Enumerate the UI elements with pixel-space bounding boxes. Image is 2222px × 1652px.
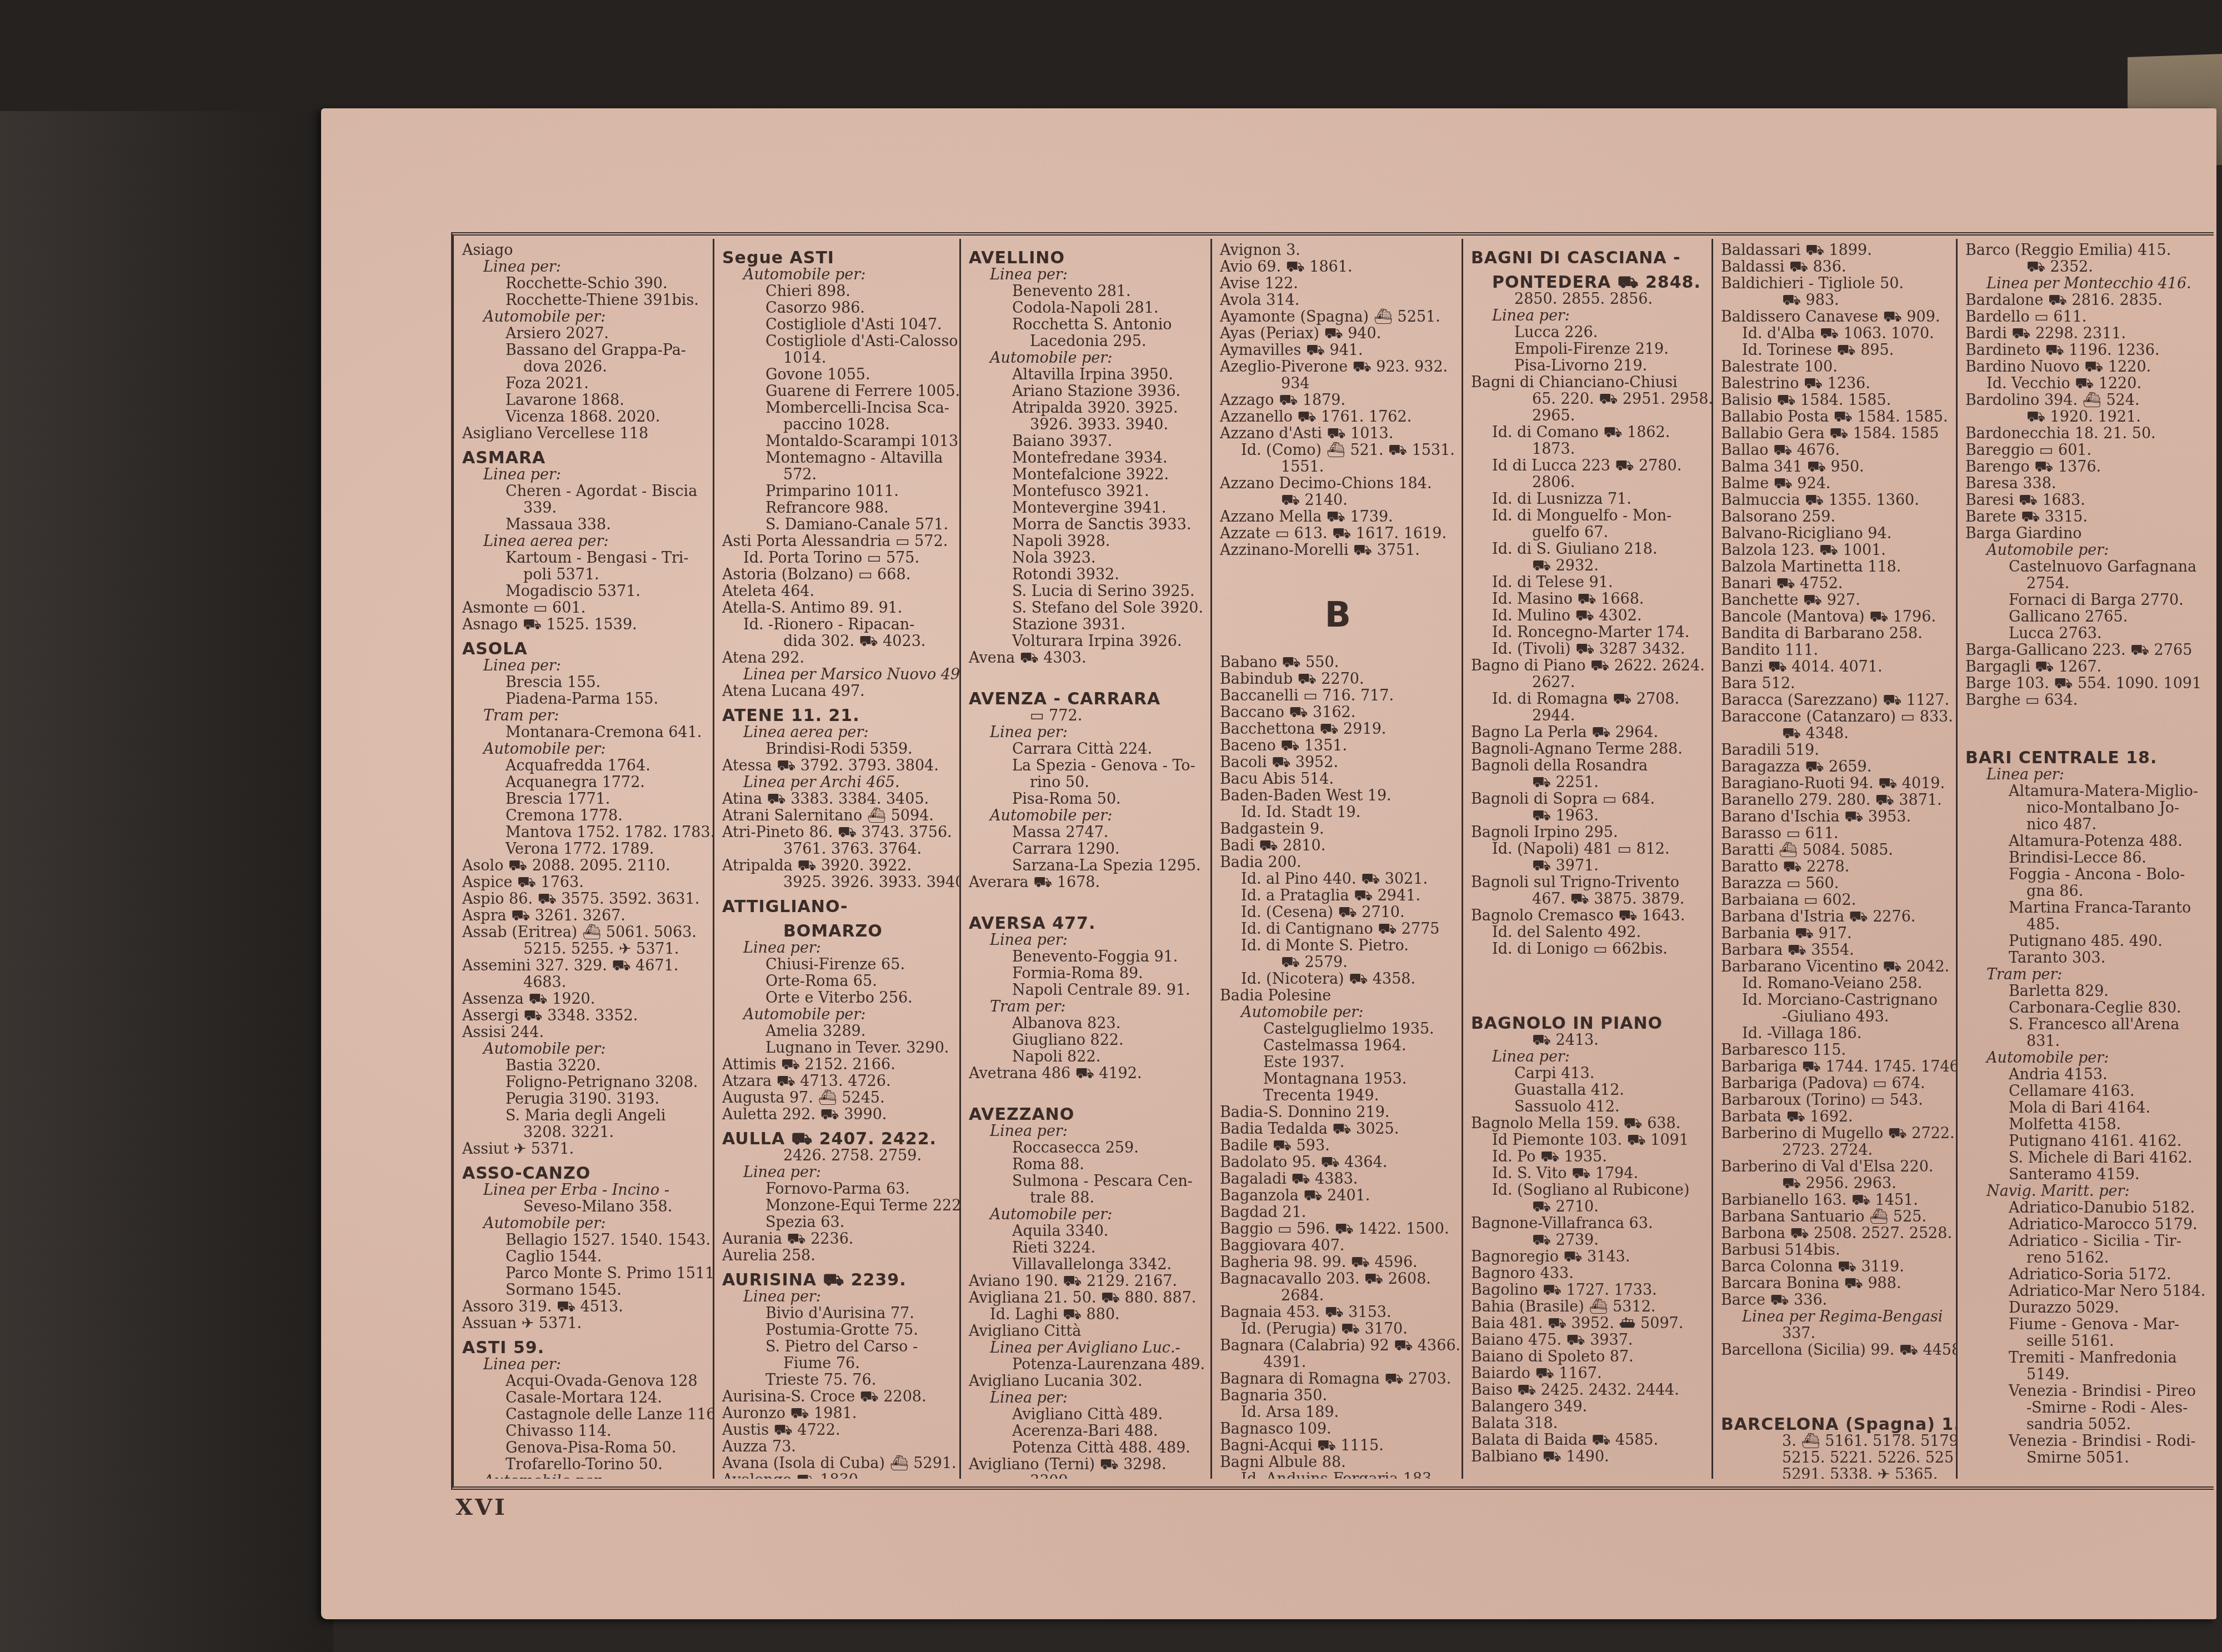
- page-number: XVI: [456, 1494, 507, 1520]
- index-column-6: Baldassari ⛟ 1899.Baldassi ⛟ 836.Baldich…: [1713, 239, 1958, 1479]
- index-entry: Cremona 1778.: [462, 808, 707, 824]
- index-entry: Id. (Napoli) 481 ▭ 812.: [1471, 841, 1706, 858]
- index-entry: Avignon 3.: [1220, 242, 1456, 259]
- index-entry: Smirne 5051.: [1965, 1450, 2208, 1466]
- index-entry: Id. a Prataglia ⛟ 2941.: [1220, 888, 1456, 904]
- index-entry: Id. (Como) ⛴ 521. ⛟ 1531.: [1220, 442, 1456, 459]
- index-entry: Bardonecchia 18. 21. 50.: [1965, 425, 2208, 442]
- index-entry: Linea per:: [462, 658, 707, 674]
- index-entry: 2684.: [1220, 1288, 1456, 1304]
- index-entry: Barbana d'Istria ⛟ 2276.: [1721, 909, 1950, 925]
- index-entry: Baresa 338.: [1965, 475, 2208, 492]
- index-entry: Linea per:: [969, 724, 1205, 741]
- index-entry: Aspra ⛟ 3261. 3267.: [462, 908, 707, 924]
- index-entry: La Spezia - Genova - To-: [969, 758, 1205, 774]
- index-entry: Azzanello ⛟ 1761. 1762.: [1220, 409, 1456, 425]
- index-entry: Automobile per:: [722, 1007, 954, 1023]
- index-entry: 5215. 5255. ✈ 5371.: [462, 941, 707, 958]
- index-entry: Bagnasco 109.: [1220, 1421, 1456, 1438]
- index-entry: 3208. 3221.: [462, 1124, 707, 1141]
- index-entry: Potenza Città 488. 489.: [969, 1440, 1205, 1456]
- index-entry: [1965, 709, 2208, 725]
- index-entry: Barce ⛟ 336.: [1721, 1292, 1950, 1309]
- index-entry: Baccanelli ▭ 716. 717.: [1220, 688, 1456, 704]
- index-entry: Montevergine 3941.: [969, 500, 1205, 517]
- index-entry: Baldassari ⛟ 1899.: [1721, 242, 1950, 259]
- index-entry: Bardello ▭ 611.: [1965, 309, 2208, 326]
- index-entry: Bagnaria 350.: [1220, 1388, 1456, 1404]
- index-entry: Montaldo-Scarampi 1013.: [722, 433, 954, 450]
- index-entry: Badile ⛟ 593.: [1220, 1138, 1456, 1154]
- index-entry: Azzate ▭ 613. ⛟ 1617. 1619.: [1220, 525, 1456, 542]
- index-entry: Bareggio ▭ 601.: [1965, 442, 2208, 459]
- index-entry: Avola 314.: [1220, 292, 1456, 309]
- index-entry: Id. (Cesena) ⛟ 2710.: [1220, 904, 1456, 921]
- index-entry: Linea per:: [1471, 1049, 1706, 1065]
- index-entry: Id. (Perugia) ⛟ 3170.: [1220, 1321, 1456, 1338]
- index-entry: Astoria (Bolzano) ▭ 668.: [722, 567, 954, 583]
- index-entry: Brescia 155.: [462, 674, 707, 691]
- index-entry: Roccasecca 259.: [969, 1140, 1205, 1157]
- index-entry: Adriatico-Mar Nero 5184.: [1965, 1283, 2208, 1300]
- index-entry: Carbonara-Ceglie 830.: [1965, 1000, 2208, 1017]
- index-entry: Foligno-Petrignano 3208.: [462, 1074, 707, 1091]
- index-entry: Bandito 111.: [1721, 642, 1950, 659]
- index-entry: Ayamonte (Spagna) ⛴ 5251.: [1220, 309, 1456, 326]
- index-entry: Costigliole d'Asti 1047.: [722, 317, 954, 333]
- index-entry: Banzi ⛟ 4014. 4071.: [1721, 659, 1950, 675]
- index-entry: Linea per Archi 465.: [722, 774, 954, 791]
- index-entry: Asiago: [462, 242, 707, 259]
- index-entry: Id. di Monte S. Pietro.: [1220, 938, 1456, 954]
- index-entry: Id. d'Alba ⛟ 1063. 1070.: [1721, 326, 1950, 342]
- index-entry: Id. (Sogliano al Rubicone): [1471, 1182, 1706, 1199]
- index-entry: Bagnoregio ⛟ 3143.: [1471, 1249, 1706, 1265]
- index-entry: S. Michele di Bari 4162.: [1965, 1150, 2208, 1167]
- index-entry: seille 5161.: [1965, 1333, 2208, 1350]
- index-entry: [1471, 958, 1706, 974]
- index-entry: Parco Monte S. Primo 1511.: [462, 1265, 707, 1282]
- index-entry: Barletta 829.: [1965, 983, 2208, 1000]
- index-entry: Acquafredda 1764.: [462, 758, 707, 774]
- index-entry: Sulmona - Pescara Cen-: [969, 1173, 1205, 1190]
- index-entry: Barazza ▭ 560.: [1721, 875, 1950, 892]
- index-entry: Ayas (Periax) ⛟ 940.: [1220, 326, 1456, 342]
- index-entry: ⛟ 2251.: [1471, 774, 1706, 791]
- section-heading: ASMARA: [462, 450, 707, 467]
- index-entry: Bagni Albule 88.: [1220, 1454, 1456, 1471]
- index-entry: Tram per:: [462, 708, 707, 724]
- index-entry: Badia Tedalda ⛟ 3025.: [1220, 1121, 1456, 1138]
- index-entry: Montefalcione 3922.: [969, 467, 1205, 483]
- index-entry: Vicenza 1868. 2020.: [462, 409, 707, 425]
- index-entry: Balata 318.: [1471, 1415, 1706, 1432]
- index-entry: gna 86.: [1965, 883, 2208, 900]
- index-entry: Bancole (Mantova) ⛟ 1796.: [1721, 609, 1950, 625]
- index-entry: Id. di Lusnizza 71.: [1471, 491, 1706, 508]
- index-entry: Baiardo ⛟ 1167.: [1471, 1365, 1706, 1382]
- index-entry: Kartoum - Bengasi - Tri-: [462, 550, 707, 567]
- index-entry: Castagnole delle Lanze 116: [462, 1406, 707, 1423]
- index-entry: Navig. Maritt. per:: [1965, 1183, 2208, 1200]
- index-entry: Id. Porta Torino ▭ 575.: [722, 550, 954, 567]
- index-entry: Amelia 3289.: [722, 1023, 954, 1040]
- index-entry: Formia-Roma 89.: [969, 965, 1205, 982]
- index-entry: Barcara Bonina ⛟ 988.: [1721, 1275, 1950, 1292]
- index-entry: Bagnolo Mella 159. ⛟ 638.: [1471, 1115, 1706, 1132]
- index-entry: Baranello 279. 280. ⛟ 3871.: [1721, 792, 1950, 809]
- index-entry: Adriatico-Soria 5172.: [1965, 1266, 2208, 1283]
- index-entry: Ballabio Gera ⛟ 1584. 1585: [1721, 425, 1950, 442]
- index-entry: Bellagio 1527. 1540. 1543.: [462, 1232, 707, 1249]
- index-entry: Santeramo 4159.: [1965, 1167, 2208, 1183]
- index-entry: 2723. 2724.: [1721, 1142, 1950, 1159]
- index-entry: Barbarano Vicentino ⛟ 2042.: [1721, 959, 1950, 975]
- index-entry: Avigliano (Terni) ⛟ 3298.: [969, 1456, 1205, 1473]
- index-entry: Baragiano-Ruoti 94. ⛟ 4019.: [1721, 775, 1950, 792]
- index-entry: Atena 292.: [722, 650, 954, 667]
- section-heading: Segue ASTI: [722, 250, 954, 267]
- index-entry: Id. Laghi ⛟ 880.: [969, 1306, 1205, 1323]
- index-entry: Id Piemonte 103. ⛟ 1091: [1471, 1132, 1706, 1149]
- index-entry: Linea per:: [462, 259, 707, 276]
- index-entry: Asnago ⛟ 1525. 1539.: [462, 617, 707, 633]
- index-entry: Empoli-Firenze 219.: [1471, 341, 1706, 358]
- index-entry: Babindub ⛟ 2270.: [1220, 671, 1456, 688]
- index-entry: Auletta 292. ⛟ 3990.: [722, 1107, 954, 1123]
- index-entry: Id. di Cantignano ⛟ 2775: [1220, 921, 1456, 938]
- index-entry: 1014.: [722, 350, 954, 367]
- index-entry: Id. Anduins-Forgaria 183.: [1220, 1471, 1456, 1479]
- index-entry: Bagni-Acqui ⛟ 1115.: [1220, 1438, 1456, 1454]
- index-entry: Guastalla 412.: [1471, 1082, 1706, 1099]
- index-entry: Bagnoli-Agnano Terme 288.: [1471, 741, 1706, 758]
- index-entry: Mola di Bari 4164.: [1965, 1100, 2208, 1117]
- index-entry: Bagno La Perla ⛟ 2964.: [1471, 724, 1706, 741]
- index-entry: Assergi ⛟ 3348. 3352.: [462, 1008, 707, 1024]
- index-entry: Refrancore 988.: [722, 500, 954, 517]
- index-entry: Id. Morciano-Castrignano: [1721, 992, 1950, 1009]
- section-heading: BARI CENTRALE 18.: [1965, 750, 2208, 767]
- desk-background: [0, 0, 333, 1652]
- index-entry: S. Francesco all'Arena: [1965, 1017, 2208, 1033]
- index-entry: 65. 220. ⛟ 2951. 2958.: [1471, 391, 1706, 408]
- index-entry: 2965.: [1471, 408, 1706, 424]
- index-entry: Bacoli ⛟ 3952.: [1220, 754, 1456, 771]
- index-entry: Barga Giardino: [1965, 525, 2208, 542]
- index-entry: 2754.: [1965, 575, 2208, 592]
- index-entry: Atri-Pineto 86. ⛟ 3743. 3756.: [722, 824, 954, 841]
- index-entry: Bagnolo Cremasco ⛟ 1643.: [1471, 908, 1706, 924]
- index-entry: Linea per:: [462, 1356, 707, 1373]
- index-entry: ⛟ 3971.: [1471, 858, 1706, 874]
- index-entry: Trofarello-Torino 50.: [462, 1456, 707, 1473]
- index-entry: Avana (Isola di Cuba) ⛴ 5291.: [722, 1455, 954, 1472]
- index-entry: Azzinano-Morelli ⛟ 3751.: [1220, 542, 1456, 559]
- index-entry: Acquanegra 1772.: [462, 774, 707, 791]
- index-entry: Assoro 319. ⛟ 4513.: [462, 1299, 707, 1315]
- index-entry: Castelmassa 1964.: [1220, 1038, 1456, 1054]
- index-entry: Stazione 3931.: [969, 617, 1205, 633]
- index-entry: Badgastein 9.: [1220, 821, 1456, 838]
- index-entry: Atena Lucana 497.: [722, 683, 954, 700]
- index-entry: ⛟ 2579.: [1220, 954, 1456, 971]
- index-entry: Atrani Salernitano ⛴ 5094.: [722, 808, 954, 824]
- index-entry: Primparino 1011.: [722, 483, 954, 500]
- index-entry: 5149.: [1965, 1366, 2208, 1383]
- index-entry: Cheren - Agordat - Biscia: [462, 483, 707, 500]
- index-entry: Chieri 898.: [722, 283, 954, 300]
- index-entry: Mombercelli-Incisa Sca-: [722, 400, 954, 417]
- index-entry: ⛟ 2956. 2963.: [1721, 1175, 1950, 1192]
- index-entry: Carrara 1290.: [969, 841, 1205, 858]
- index-entry: Carrara Città 224.: [969, 741, 1205, 758]
- index-entry: Casale-Mortara 124.: [462, 1390, 707, 1406]
- index-entry: Balbiano ⛟ 1490.: [1471, 1449, 1706, 1465]
- index-entry: Barbusi 514bis.: [1721, 1242, 1950, 1259]
- index-entry: Montagnana 1953.: [1220, 1071, 1456, 1088]
- index-entry: Fiume 76.: [722, 1355, 954, 1372]
- section-heading: PONTEDERA ⛟ 2848.: [1471, 274, 1706, 291]
- index-entry: Bara 512.: [1721, 675, 1950, 692]
- section-heading: ATENE 11. 21.: [722, 708, 954, 724]
- index-entry: Taranto 303.: [1965, 950, 2208, 967]
- index-entry: Barbaroux (Torino) ▭ 543.: [1721, 1092, 1950, 1109]
- index-entry: Id. Id. Stadt 19.: [1220, 804, 1456, 821]
- index-entry: Automobile per:: [462, 1041, 707, 1058]
- index-entry: Benevento-Foggia 91.: [969, 949, 1205, 965]
- index-entry: 3. ⛴ 5161. 5178. 5179.: [1721, 1433, 1950, 1450]
- index-entry: Barbariga (Padova) ▭ 674.: [1721, 1075, 1950, 1092]
- index-entry: Balata di Baida ⛟ 4585.: [1471, 1432, 1706, 1449]
- index-entry: 3761. 3763. 3764.: [722, 841, 954, 858]
- index-entry: Barete ⛟ 3315.: [1965, 509, 2208, 525]
- index-entry: Napoli 3928.: [969, 533, 1205, 550]
- index-entry: Foggia - Ancona - Bolo-: [1965, 867, 2208, 883]
- index-entry: Banari ⛟ 4752.: [1721, 575, 1950, 592]
- index-entry: Fiume - Genova - Mar-: [1965, 1316, 2208, 1333]
- index-entry: Cellamare 4163.: [1965, 1083, 2208, 1100]
- index-entry: Bagnoro 433.: [1471, 1265, 1706, 1282]
- index-entry: -Giuliano 493.: [1721, 1009, 1950, 1025]
- index-entry: Id. di Comano ⛟ 1862.: [1471, 424, 1706, 441]
- index-entry: Monzone-Equi Terme 222: [722, 1198, 954, 1214]
- index-entry: Sormano 1545.: [462, 1282, 707, 1299]
- index-entry: Venezia - Brindisi - Pireo: [1965, 1383, 2208, 1400]
- index-entry: Orte e Viterbo 256.: [722, 990, 954, 1007]
- index-entry: Altavilla Irpina 3950.: [969, 367, 1205, 383]
- section-heading: AVELLINO: [969, 250, 1205, 267]
- index-entry: Bagaladi ⛟ 4383.: [1220, 1171, 1456, 1188]
- index-entry: Asigliano Vercellese 118: [462, 425, 707, 442]
- section-heading: AVEZZANO: [969, 1107, 1205, 1123]
- index-entry: Id. Torinese ⛟ 895.: [1721, 342, 1950, 359]
- section-heading: BAGNI DI CASCIANA -: [1471, 250, 1706, 267]
- index-entry: Aspice ⛟ 1763.: [462, 874, 707, 891]
- desk-background-top: [0, 0, 2222, 111]
- index-entry: ⛟ 2739.: [1471, 1232, 1706, 1249]
- index-entry: Lucca 226.: [1471, 324, 1706, 341]
- index-entry: Id. Roncegno-Marter 174.: [1471, 624, 1706, 641]
- index-entry: Baccano ⛟ 3162.: [1220, 704, 1456, 721]
- index-entry: Linea per:: [722, 1289, 954, 1305]
- index-entry: Morra de Sanctis 3933.: [969, 517, 1205, 533]
- index-entry: ⛟ 2352.: [1965, 259, 2208, 276]
- index-entry: [1471, 974, 1706, 991]
- index-entry: [969, 667, 1205, 683]
- index-entry: Azzano Decimo-Chions 184.: [1220, 475, 1456, 492]
- index-entry: Barca Colonna ⛟ 3119.: [1721, 1259, 1950, 1275]
- index-entry: Auzza 73.: [722, 1439, 954, 1455]
- index-entry: Potenza-Laurenzana 489.: [969, 1356, 1205, 1373]
- index-entry: Barano d'Ischia ⛟ 3953.: [1721, 809, 1950, 825]
- index-entry: Codola-Napoli 281.: [969, 300, 1205, 317]
- index-entry: Automobile per:: [969, 350, 1205, 367]
- index-entry: Giugliano 822.: [969, 1032, 1205, 1049]
- index-entry: Avigliano Città: [969, 1323, 1205, 1340]
- index-entry: Acqui-Ovada-Genova 128: [462, 1373, 707, 1390]
- index-entry: 3309.: [969, 1473, 1205, 1479]
- index-entry: Bacu Abis 514.: [1220, 771, 1456, 788]
- index-entry: Assab (Eritrea) ⛴ 5061. 5063.: [462, 924, 707, 941]
- index-entry: Auronzo ⛟ 1981.: [722, 1405, 954, 1422]
- index-entry: Bagheria 98. 99. ⛟ 4596.: [1220, 1254, 1456, 1271]
- index-entry: Bardolino 394. ⛴ 524.: [1965, 392, 2208, 409]
- index-entry: Barco (Reggio Emilia) 415.: [1965, 242, 2208, 259]
- index-entry: Asti Porta Alessandria ▭ 572.: [722, 533, 954, 550]
- index-entry: Volturara Irpina 3926.: [969, 633, 1205, 650]
- index-entry: Id. Mulino ⛟ 4302.: [1471, 608, 1706, 624]
- index-entry: Bardino Nuovo ⛟ 1220.: [1965, 359, 2208, 376]
- index-entry: [1721, 1392, 1950, 1409]
- index-entry: Barcellona (Sicilia) 99. ⛟ 4458.: [1721, 1342, 1950, 1359]
- index-entry: Trecenta 1949.: [1220, 1088, 1456, 1104]
- index-entry: Aspio 86. ⛟ 3575. 3592. 3631.: [462, 891, 707, 908]
- index-entry: Barbaiana ▭ 602.: [1721, 892, 1950, 909]
- index-entry: Este 1937.: [1220, 1054, 1456, 1071]
- index-entry: Id. di Lonigo ▭ 662bis.: [1471, 941, 1706, 958]
- index-entry: Linea per Erba - Incino -: [462, 1182, 707, 1199]
- index-entry: Martina Franca-Taranto: [1965, 900, 2208, 917]
- index-entry: Castelguglielmo 1935.: [1220, 1021, 1456, 1038]
- index-entry: Putignano 4161. 4162.: [1965, 1133, 2208, 1150]
- index-entry: Avigliano Lucania 302.: [969, 1373, 1205, 1390]
- section-heading: ATTIGLIANO-: [722, 899, 954, 915]
- index-entry: reno 5162.: [1965, 1250, 2208, 1266]
- index-entry: [1721, 1359, 1950, 1375]
- index-entry: Brindisi-Lecce 86.: [1965, 850, 2208, 867]
- index-entry: 1873.: [1471, 441, 1706, 458]
- index-entry: Baia 481. ⛟ 3952. ⛴ 5097.: [1471, 1315, 1706, 1332]
- index-entry: Avetrana 486 ⛟ 4192.: [969, 1065, 1205, 1082]
- index-entry: Bassano del Grappa-Pa-: [462, 342, 707, 359]
- index-entry: Linea per Regima-Bengasi: [1721, 1309, 1950, 1325]
- index-entry: Bivio d'Aurisina 77.: [722, 1305, 954, 1322]
- index-entry: Atella-S. Antimo 89. 91.: [722, 600, 954, 617]
- index-entry: Massaua 338.: [462, 517, 707, 533]
- index-entry: 3925. 3926. 3933. 3940.: [722, 874, 954, 891]
- index-entry: Assuan ✈ 5371.: [462, 1315, 707, 1332]
- index-entry: sandria 5052.: [1965, 1416, 2208, 1433]
- index-entry: Acerenza-Bari 488.: [969, 1423, 1205, 1440]
- index-entry: Barghe ▭ 634.: [1965, 692, 2208, 709]
- index-entry: 1551.: [1220, 459, 1456, 475]
- index-entry: ▭ 772.: [969, 708, 1205, 724]
- index-entry: 2627.: [1471, 674, 1706, 691]
- index-entry: Bagno di Piano ⛟ 2622. 2624.: [1471, 658, 1706, 674]
- index-column-4: Avignon 3.Avio 69. ⛟ 1861.Avise 122.Avol…: [1212, 239, 1463, 1479]
- index-entry: Bagnacavallo 203. ⛟ 2608.: [1220, 1271, 1456, 1288]
- index-entry: Id. Romano-Veiano 258.: [1721, 975, 1950, 992]
- index-entry: Fornovo-Parma 63.: [722, 1181, 954, 1198]
- index-entry: Barengo ⛟ 1376.: [1965, 459, 2208, 475]
- index-entry: Avelengo ⛟ 1830.: [722, 1472, 954, 1479]
- index-entry: Arsiero 2027.: [462, 326, 707, 342]
- index-entry: Barbianello 163. ⛟ 1451.: [1721, 1192, 1950, 1209]
- index-entry: Albanova 823.: [969, 1015, 1205, 1032]
- index-entry: Id di Lucca 223 ⛟ 2780.: [1471, 458, 1706, 474]
- index-entry: Baldissero Canavese ⛟ 909.: [1721, 309, 1950, 326]
- index-entry: Rieti 3224.: [969, 1240, 1205, 1256]
- index-entry: dida 302. ⛟ 4023.: [722, 633, 954, 650]
- index-entry: [969, 891, 1205, 908]
- index-entry: Automobile per:: [462, 741, 707, 758]
- index-entry: Aurelia 258.: [722, 1248, 954, 1264]
- index-entry: Napoli 822.: [969, 1049, 1205, 1065]
- section-heading: ASSO-CANZO: [462, 1165, 707, 1182]
- index-entry: Linea per:: [462, 467, 707, 483]
- index-entry: Baggio ▭ 596. ⛟ 1422. 1500.: [1220, 1221, 1456, 1238]
- index-entry: Badia 200.: [1220, 854, 1456, 871]
- index-entry: Linea aerea per:: [722, 724, 954, 741]
- index-entry: ⛟ 2413.: [1471, 1032, 1706, 1049]
- index-entry: Badia-S. Donnino 219.: [1220, 1104, 1456, 1121]
- index-entry: Verona 1772. 1789.: [462, 841, 707, 858]
- index-entry: ⛟ 2932.: [1471, 558, 1706, 574]
- index-entry: Id. -Villaga 186.: [1721, 1025, 1950, 1042]
- index-entry: Roma 88.: [969, 1157, 1205, 1173]
- index-entry: Putignano 485. 490.: [1965, 933, 2208, 950]
- index-entry: Baganzola ⛟ 2401.: [1220, 1188, 1456, 1204]
- section-letter: B: [1220, 598, 1456, 632]
- index-entry: Bastia 3220.: [462, 1058, 707, 1074]
- section-heading: BARCELONA (Spagna) 1.: [1721, 1416, 1950, 1433]
- index-entry: 2806.: [1471, 474, 1706, 491]
- index-entry: Trieste 75. 76.: [722, 1372, 954, 1389]
- index-entry: Linea per:: [722, 940, 954, 957]
- index-entry: S. Damiano-Canale 571.: [722, 517, 954, 533]
- index-entry: 5291. 5338. ✈ 5365.: [1721, 1466, 1950, 1479]
- index-entry: Barbana Santuario ⛴ 525.: [1721, 1209, 1950, 1225]
- index-entry: Attimis ⛟ 2152. 2166.: [722, 1057, 954, 1073]
- index-entry: Montefusco 3921.: [969, 483, 1205, 500]
- index-entry: [1721, 1375, 1950, 1392]
- index-entry: Balzola Martinetta 118.: [1721, 559, 1950, 575]
- index-entry: [969, 1082, 1205, 1099]
- index-entry: Baggiovara 407.: [1220, 1238, 1456, 1254]
- index-entry: Baldassi ⛟ 836.: [1721, 259, 1950, 276]
- index-entry: ⛟ 2140.: [1220, 492, 1456, 509]
- index-entry: 2426. 2758. 2759.: [722, 1148, 954, 1164]
- index-entry: Baraccone (Catanzaro) ▭ 833.: [1721, 709, 1950, 725]
- index-entry: Pisa-Roma 50.: [969, 791, 1205, 808]
- index-entry: 4683.: [462, 974, 707, 991]
- index-entry: Massa 2747.: [969, 824, 1205, 841]
- index-entry: Id. S. Vito ⛟ 1794.: [1471, 1165, 1706, 1182]
- index-entry: Bargagli ⛟ 1267.: [1965, 659, 2208, 675]
- index-entry: Automobile per:: [969, 808, 1205, 824]
- index-entry: ⛟ 4348.: [1721, 725, 1950, 742]
